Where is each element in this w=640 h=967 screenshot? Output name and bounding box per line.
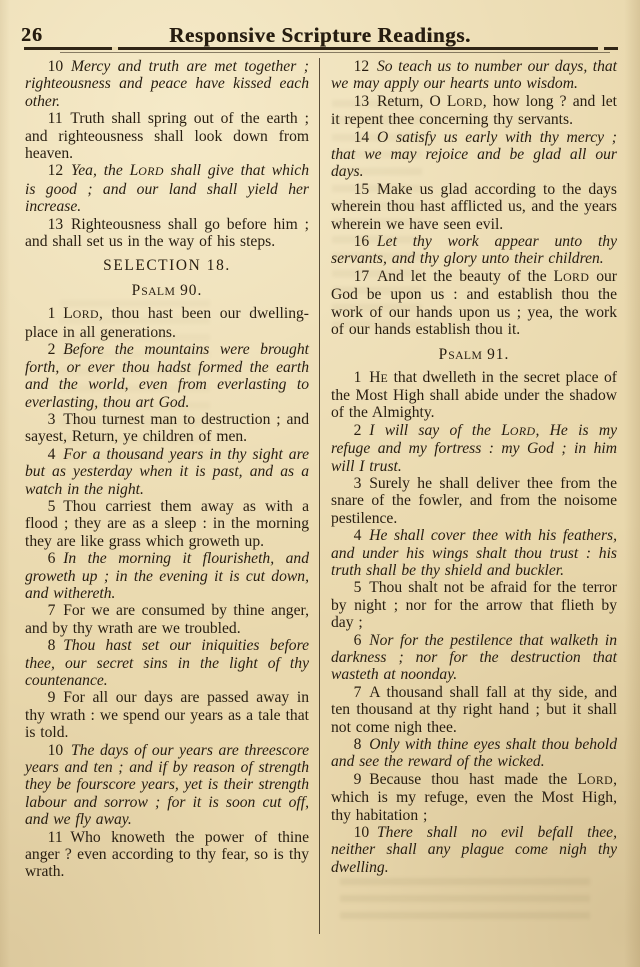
text-columns: 10 Mercy and truth are met together ; ri… (25, 58, 617, 881)
verse-reading: 9 Because thou hast made the LORD, which… (331, 771, 617, 824)
verse-response: 14 O satisfy us early with thy mercy ; t… (331, 129, 617, 181)
verse-number: 10 (48, 58, 64, 75)
verse-number: 11 (48, 829, 63, 846)
verse-response: 2 Before the mountains were brought fort… (25, 341, 309, 411)
verse-number: 10 (48, 742, 64, 759)
verse-number: 9 (354, 771, 362, 788)
verse-response: 12 Yea, the LORD shall give that which i… (25, 162, 309, 215)
verse-response: 12 So teach us to number our days, that … (331, 58, 617, 93)
verse-response: 8 Thou hast set our iniquities before th… (25, 637, 309, 689)
section-heading: PSALM 91. (331, 346, 617, 364)
page-edge-shade (624, 0, 640, 967)
verse-reading: 7 A thousand shall fall at thy side, and… (331, 684, 617, 736)
header-rule (24, 47, 618, 50)
verse-reading: 5 Thou carriest them away as with a floo… (25, 498, 309, 550)
verse-number: 17 (354, 268, 370, 285)
verse-number: 1 (48, 305, 56, 322)
verse-number: 9 (48, 689, 56, 706)
book-page: 26 Responsive Scripture Readings. 10 Mer… (0, 0, 640, 967)
verse-reading: 3 Surely he shall deliver thee from the … (331, 475, 617, 527)
verse-number: 5 (354, 579, 362, 596)
verse-response: 8 Only with thine eyes shalt thou behold… (331, 736, 617, 771)
verse-reading: 13 Return, O LORD, how long ? and let it… (331, 93, 617, 129)
column-right: 12 So teach us to number our days, that … (331, 58, 617, 876)
verse-response: 2 I will say of the LORD, He is my refug… (331, 422, 617, 475)
verse-reading: 17 And let the beauty of the LORD our Go… (331, 268, 617, 339)
verse-number: 1 (354, 369, 362, 386)
verse-response: 10 Mercy and truth are met together ; ri… (25, 58, 309, 110)
verse-reading: 3 Thou turnest man to destruction ; and … (25, 411, 309, 446)
header-rule-thin (60, 52, 610, 53)
verse-reading: 15 Make us glad according to the days wh… (331, 181, 617, 233)
verse-number: 6 (48, 550, 56, 567)
verse-number: 12 (354, 58, 370, 75)
verse-response: 4 He shall cover thee with his feathers,… (331, 527, 617, 579)
verse-number: 7 (48, 602, 56, 619)
verse-number: 14 (354, 129, 370, 146)
page-edge-shade-left (0, 0, 10, 967)
verse-number: 7 (354, 684, 362, 701)
verse-reading: 1 HE that dwelleth in the secret place o… (331, 369, 617, 422)
verse-number: 16 (354, 233, 370, 250)
verse-number: 3 (48, 411, 56, 428)
section-heading: PSALM 90. (25, 282, 309, 300)
verse-reading: 13 Righteousness shall go before him ; a… (25, 216, 309, 251)
verse-number: 11 (48, 110, 63, 127)
column-left: 10 Mercy and truth are met together ; ri… (25, 58, 309, 881)
verse-number: 4 (48, 446, 56, 463)
verse-number: 3 (354, 475, 362, 492)
verse-reading: 7 For we are consumed by thine anger, an… (25, 602, 309, 637)
verse-reading: 9 For all our days are passed away in th… (25, 689, 309, 741)
verse-number: 10 (354, 824, 370, 841)
verse-number: 2 (48, 341, 56, 358)
verse-number: 4 (354, 527, 362, 544)
page-title: Responsive Scripture Readings. (0, 23, 640, 48)
verse-reading: 11 Truth shall spring out of the earth ;… (25, 110, 309, 162)
page-showthrough (340, 878, 590, 924)
verse-number: 8 (48, 637, 56, 654)
verse-response: 10 The days of our years are threescore … (25, 742, 309, 829)
verse-number: 13 (354, 93, 370, 110)
verse-reading: 11 Who knoweth the power of thine anger … (25, 829, 309, 881)
verse-number: 15 (354, 181, 370, 198)
verse-reading: 5 Thou shalt not be afraid for the terro… (331, 579, 617, 631)
verse-response: 6 Nor for the pestilence that walketh in… (331, 632, 617, 684)
verse-number: 8 (354, 736, 362, 753)
verse-number: 5 (48, 498, 56, 515)
verse-number: 12 (48, 162, 64, 179)
verse-response: 10 There shall no evil befall thee, neit… (331, 824, 617, 876)
verse-response: 6 In the morning it flourisheth, and gro… (25, 550, 309, 602)
verse-response: 4 For a thousand years in thy sight are … (25, 446, 309, 498)
verse-number: 13 (48, 216, 64, 233)
verse-reading: 1 LORD, thou hast been our dwelling-plac… (25, 305, 309, 341)
verse-number: 2 (354, 422, 362, 439)
verse-response: 16 Let thy work appear unto thy servants… (331, 233, 617, 268)
column-divider (309, 58, 331, 881)
section-heading: SELECTION 18. (25, 257, 309, 275)
verse-number: 6 (354, 632, 362, 649)
